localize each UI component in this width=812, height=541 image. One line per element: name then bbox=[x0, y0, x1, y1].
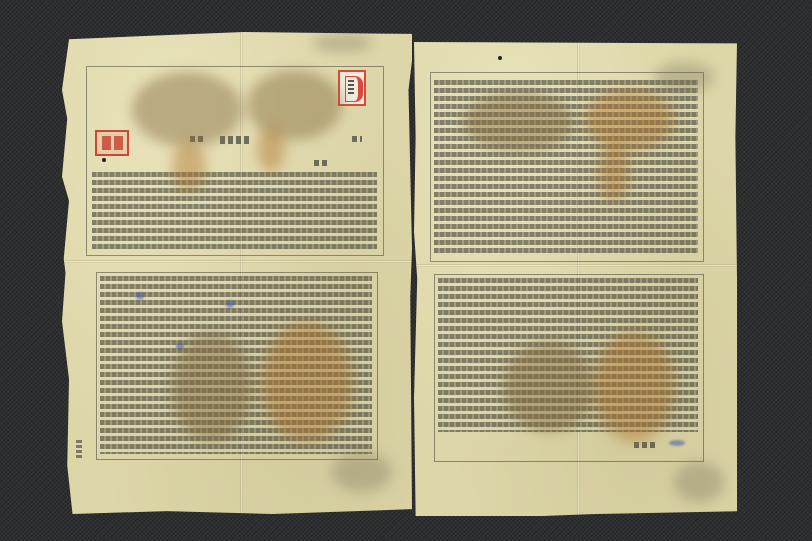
heading-text-mark bbox=[352, 136, 362, 142]
horizontal-fold-crease bbox=[62, 260, 412, 263]
page-number-mark bbox=[634, 442, 658, 448]
water-stain bbox=[172, 142, 206, 192]
water-stain bbox=[247, 70, 342, 140]
blue-ink-mark bbox=[136, 292, 144, 300]
water-stain bbox=[257, 127, 285, 172]
water-stain bbox=[594, 332, 674, 442]
horizontal-fold-crease bbox=[414, 264, 737, 267]
water-stain bbox=[654, 62, 714, 92]
water-stain bbox=[464, 92, 574, 152]
water-stain bbox=[262, 322, 352, 442]
ink-dot bbox=[498, 56, 502, 60]
water-stain bbox=[674, 462, 724, 502]
page-number-mark bbox=[76, 440, 82, 460]
red-seal-stamp bbox=[95, 130, 129, 156]
water-stain bbox=[332, 452, 392, 492]
red-bordered-label bbox=[338, 70, 366, 106]
water-stain bbox=[584, 90, 674, 150]
water-stain bbox=[172, 332, 252, 442]
label-text-mark bbox=[348, 80, 354, 96]
subtitle-text-mark bbox=[314, 160, 328, 166]
water-stain bbox=[132, 72, 242, 147]
title-text-mark bbox=[220, 136, 250, 144]
blue-ink-mark bbox=[669, 440, 685, 446]
blue-ink-mark bbox=[226, 300, 234, 308]
ink-dot bbox=[102, 158, 106, 162]
water-stain bbox=[599, 142, 629, 202]
water-stain bbox=[312, 34, 372, 52]
document-sheet-left bbox=[62, 32, 412, 514]
document-sheet-right bbox=[414, 42, 737, 516]
water-stain bbox=[504, 342, 594, 432]
text-columns-top bbox=[92, 172, 377, 250]
